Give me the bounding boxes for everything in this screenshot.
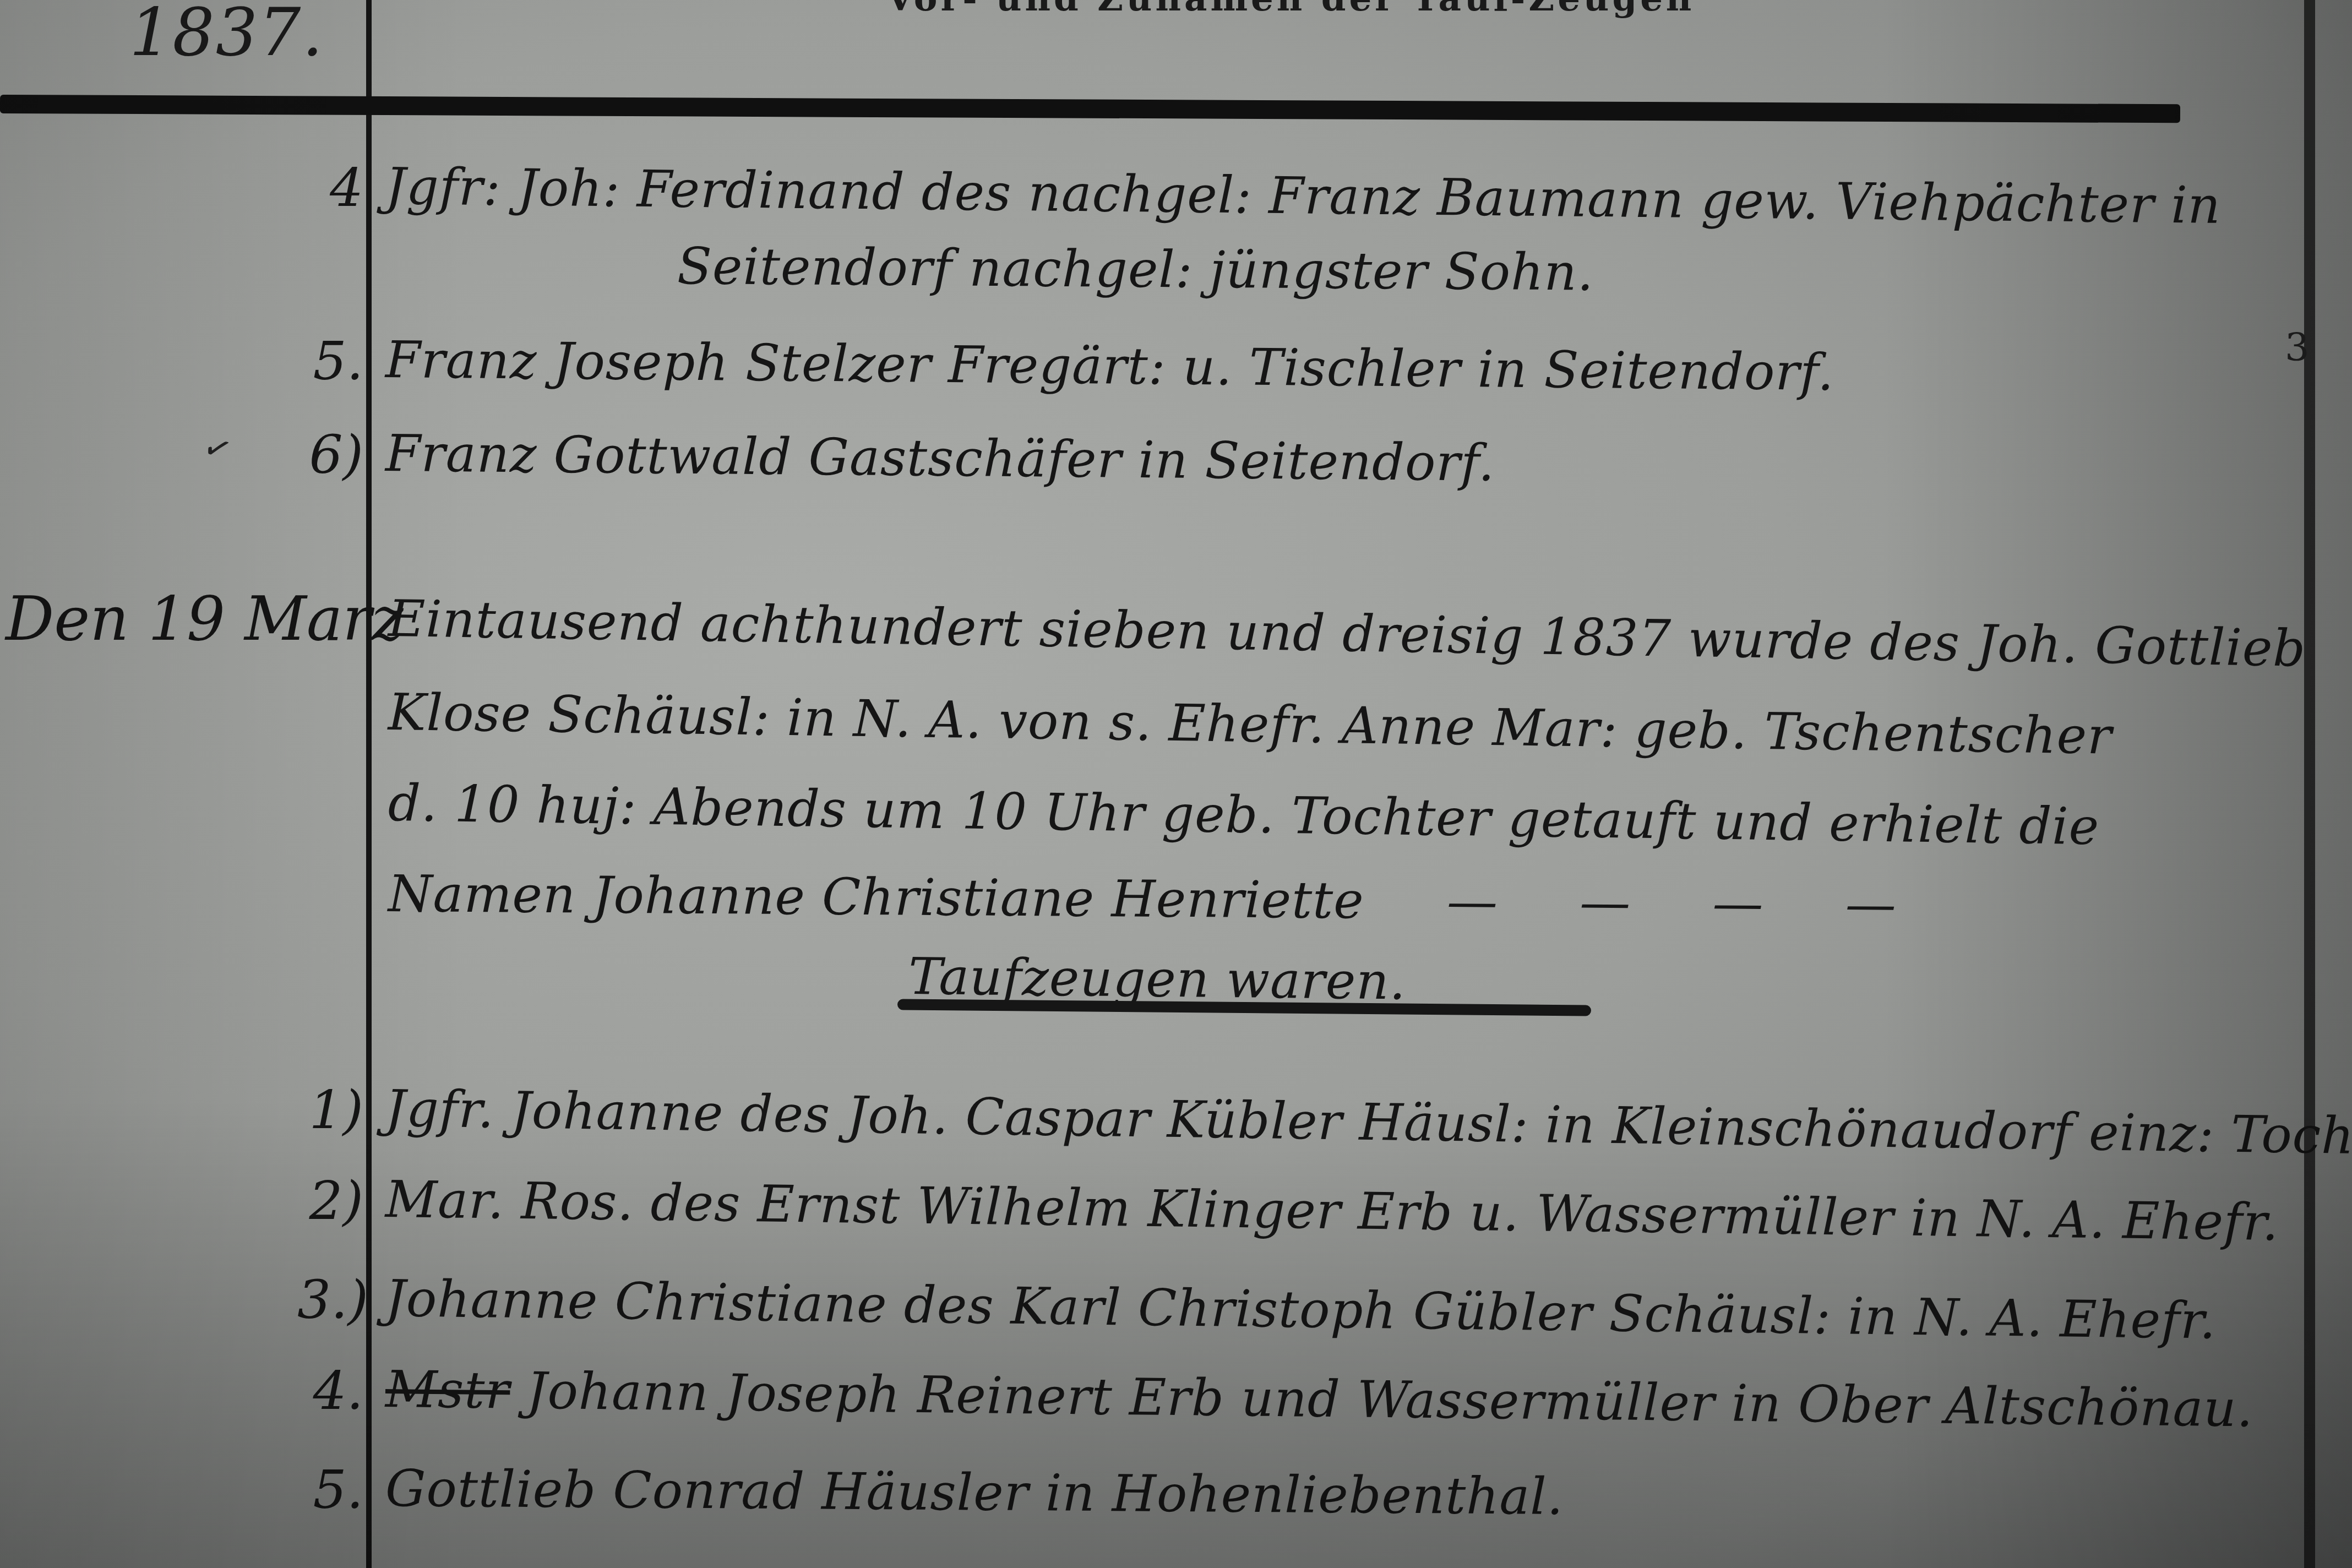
printed-column-heading: Vor- und Zunamen der Tauf-Zeugen [886, 0, 1695, 19]
date-column-divider [366, 0, 372, 1568]
entry-date: Den 19 Marz [6, 584, 404, 654]
right-page-rule [2304, 0, 2315, 1568]
godparent-number: 6) [297, 424, 363, 486]
child-name-line: Namen Johanne Christiane Henriette — — —… [388, 864, 1929, 934]
child-name: Namen Johanne Christiane Henriette [388, 864, 1364, 930]
godparent-line: Franz Gottwald Gastschäfer in Seitendorf… [385, 424, 1495, 493]
check-mark-icon: ✓ [198, 426, 237, 472]
godparent-number: 2) [297, 1170, 363, 1232]
godparent-line: Mar. Ros. des Ernst Wilhelm Klinger Erb … [385, 1170, 2279, 1252]
godparent-line: Mstr Johann Joseph Reinert Erb und Wasse… [385, 1360, 2253, 1439]
godparent-number: 5. [297, 330, 363, 392]
struck-title: Mstr [385, 1360, 510, 1420]
godparent-number: 3.) [297, 1269, 363, 1331]
fill-dashes: — — — — [1447, 872, 1929, 934]
godparent-line: Jgfr. Johanne des Joh. Caspar Kübler Häu… [385, 1079, 2352, 1167]
register-page: 1837. Vor- und Zunamen der Tauf-Zeugen 4… [0, 0, 2352, 1568]
heading-underline [897, 999, 1591, 1016]
godparent-text: Johann Joseph Reinert Erb und Wassermüll… [526, 1362, 2253, 1439]
entry-line: Eintausend achthundert sieben und dreisi… [388, 589, 2306, 678]
godparent-line-continuation: Seitendorf nachgel: jüngster Sohn. [677, 237, 1594, 302]
godparent-number: 4 [297, 157, 363, 219]
godparent-line: Franz Joseph Stelzer Fregärt: u. Tischle… [385, 330, 1834, 402]
header-year: 1837. [129, 0, 324, 71]
entry-line: Klose Schäusl: in N. A. von s. Ehefr. An… [388, 683, 2113, 766]
godparent-number: 1) [297, 1079, 363, 1141]
godparent-number: 4. [297, 1360, 363, 1422]
godparent-line: Gottlieb Conrad Häusler in Hohenliebenth… [385, 1459, 1564, 1526]
entry-line: d. 10 huj: Abends um 10 Uhr geb. Tochter… [388, 774, 2100, 856]
page-margin-mark: 3 [2285, 325, 2310, 370]
header-rule [0, 95, 2180, 123]
godparent-line: Jgfr: Joh: Ferdinand des nachgel: Franz … [385, 157, 2221, 235]
godparent-number: 5. [297, 1459, 363, 1521]
godparent-line: Johanne Christiane des Karl Christoph Gü… [385, 1269, 2217, 1351]
